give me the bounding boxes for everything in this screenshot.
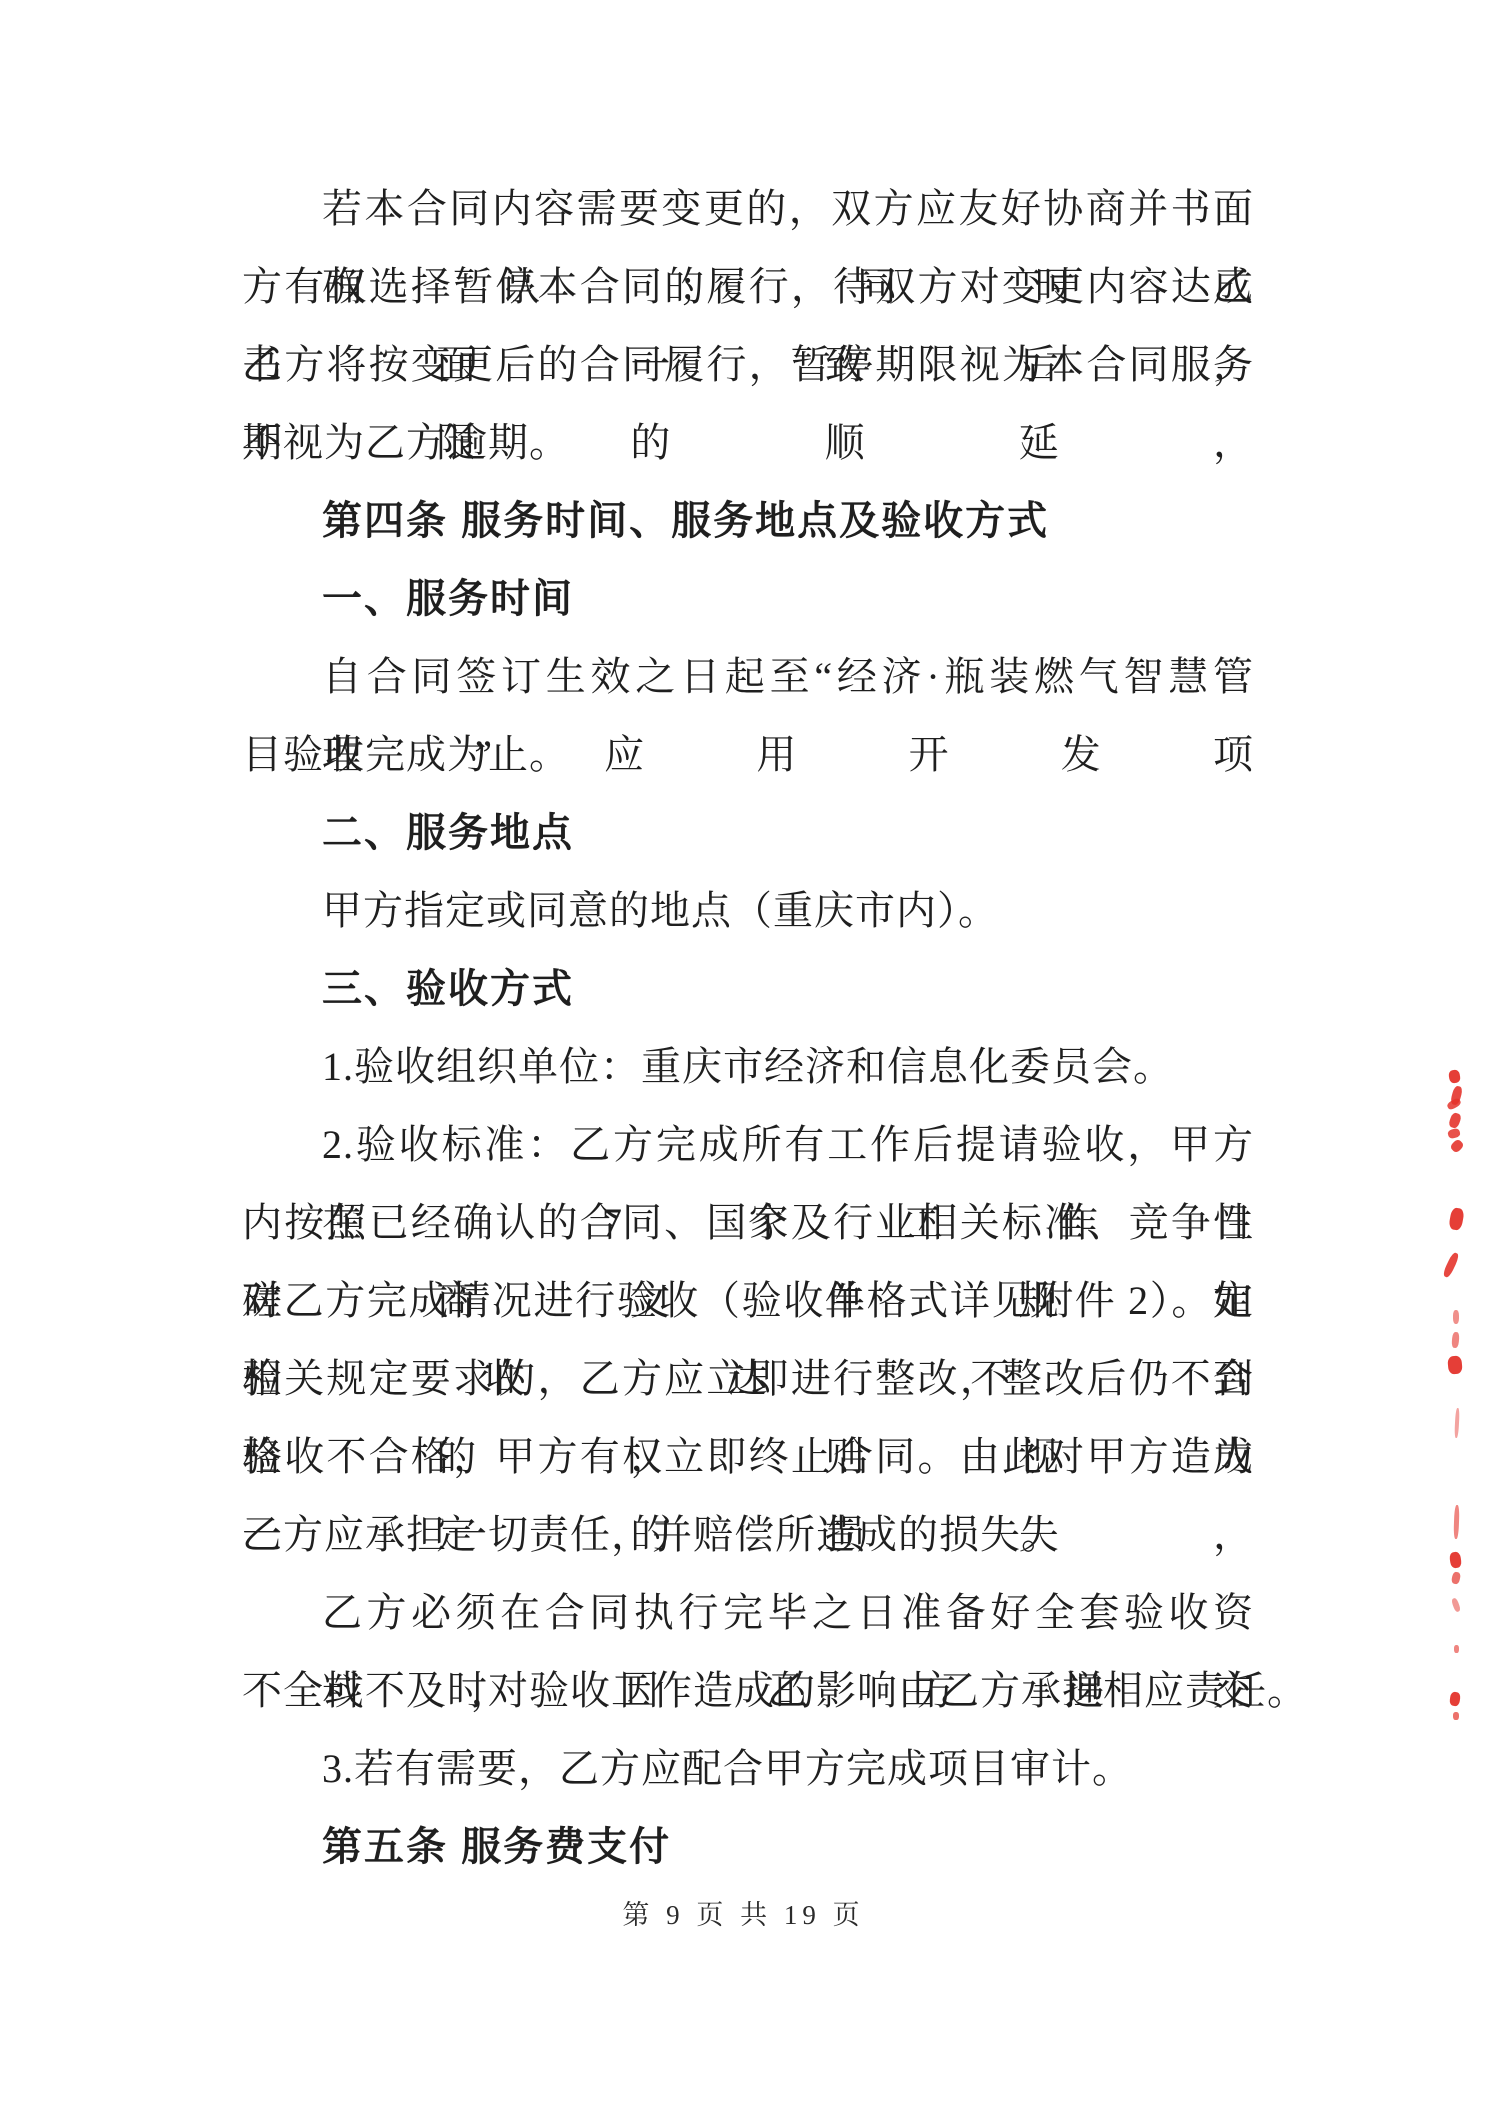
text-line: 乙方必须在合同执行完毕之日准备好全套验收资料，因乙方递交 — [242, 1574, 1254, 1652]
text-line: 2.验收标准：乙方完成所有工作后提请验收，甲方在 7 个工作日 — [242, 1106, 1254, 1184]
text-line: 验收不合格，甲方有权立即终止合同。由此对甲方造成一定的损失， — [242, 1418, 1254, 1496]
text-line: 不全或不及时对验收工作造成的影响由乙方承担相应责任。 — [242, 1652, 1254, 1730]
text-line: 内按照已经确认的合同、国家及行业相关标准、竞争性磋商文件规定 — [242, 1184, 1254, 1262]
contract-page: 若本合同内容需要变更的，双方应友好协商并书面确认；同时乙方有权选择暂停本合同的履… — [0, 0, 1487, 2105]
seal-edge-fragment — [1449, 1138, 1465, 1154]
text-line: 相关规定要求的，乙方应立即进行整改，整改后仍不合格的，则视为 — [242, 1340, 1254, 1418]
text-line: 自合同签订生效之日起至“经济·瓶装燃气智慧管理”应用开发项 — [242, 638, 1254, 716]
text-line: 乙方将按变更后的合同履行，暂停期限视为本合同服务期限的顺延， — [242, 326, 1254, 404]
seal-edge-fragment — [1453, 1505, 1459, 1539]
seal-edge-fragment — [1442, 1252, 1460, 1279]
heading-line: 二、服务地点 — [242, 794, 1254, 872]
seal-edge-fragment — [1447, 1355, 1463, 1374]
seal-edge-fragment — [1447, 1128, 1461, 1140]
text-line: 3.若有需要，乙方应配合甲方完成项目审计。 — [242, 1730, 1254, 1808]
heading-line: 第四条 服务时间、服务地点及验收方式 — [242, 482, 1254, 560]
text-line: 方有权选择暂停本合同的履行，待双方对变更内容达成书面一致后， — [242, 248, 1254, 326]
seal-edge-fragment — [1448, 1069, 1461, 1084]
seal-edge-fragment — [1446, 1097, 1462, 1111]
seal-edge-fragment — [1451, 1597, 1461, 1612]
seal-edge-fragment — [1453, 1310, 1459, 1324]
heading-line: 一、服务时间 — [242, 560, 1254, 638]
seal-edge-fragment — [1451, 1571, 1461, 1584]
seal-edge-fragment — [1454, 1645, 1459, 1653]
seal-edge-fragment — [1453, 1712, 1459, 1720]
text-line: 甲方指定或同意的地点（重庆市内）。 — [242, 872, 1254, 950]
seal-edge-fragment — [1449, 1551, 1462, 1568]
text-line: 对乙方完成情况进行验收（验收单格式详见附件 2）。如验收达不到 — [242, 1262, 1254, 1340]
heading-line: 第五条 服务费支付 — [242, 1808, 1254, 1886]
seal-edge-fragment — [1449, 1691, 1461, 1706]
heading-line: 三、验收方式 — [242, 950, 1254, 1028]
text-line: 1.验收组织单位：重庆市经济和信息化委员会。 — [242, 1028, 1254, 1106]
seal-edge-fragment — [1450, 1085, 1464, 1106]
document-body: 若本合同内容需要变更的，双方应友好协商并书面确认；同时乙方有权选择暂停本合同的履… — [242, 170, 1254, 1886]
page-footer: 第 9 页 共 19 页 — [0, 1893, 1487, 1932]
text-line: 若本合同内容需要变更的，双方应友好协商并书面确认；同时乙 — [242, 170, 1254, 248]
seal-edge-fragment — [1448, 1112, 1463, 1130]
seal-edge-fragment — [1454, 1408, 1460, 1438]
seal-edge-fragment — [1451, 1332, 1459, 1349]
seal-edge-fragment — [1448, 1207, 1465, 1231]
